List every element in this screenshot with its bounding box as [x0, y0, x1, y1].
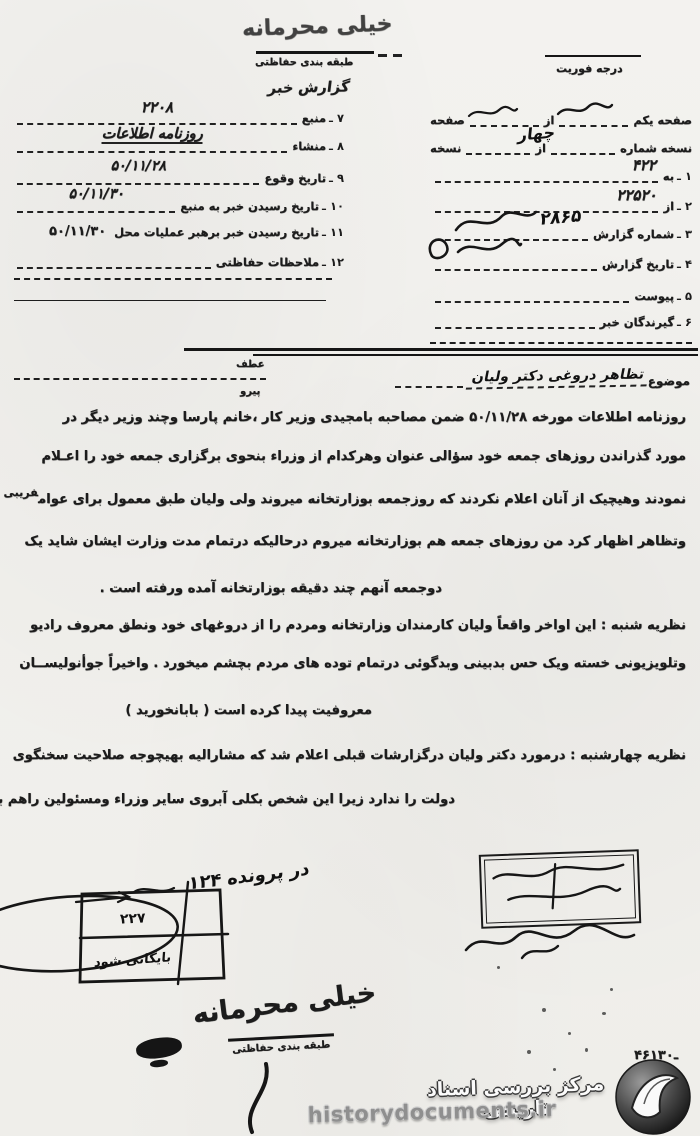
historydocuments-logo [614, 1058, 692, 1136]
subject-line: موضوع تظاهر دروغی دکتر ولیان [390, 368, 690, 388]
copy-number-blank [551, 138, 615, 155]
report-title: گزارش خبر [267, 79, 350, 96]
opinion-saturday-line: معروفیت پیدا کرده است ( بابانخورید ) [125, 703, 372, 718]
copy-label: نسخه شماره [620, 141, 692, 155]
decorative-dashes [378, 54, 402, 57]
occurrence-date-value: ۵۰/۱۱/۲۸ [111, 158, 166, 174]
handwritten-box-number: ۲۲۷ [120, 910, 146, 927]
ink-speck [542, 1008, 546, 1012]
form-row-source: ۷ ـ منبع ۲۲۰۸ [12, 108, 344, 125]
row-label: به [663, 169, 674, 183]
row-label: ملاحظات حفاظتی [216, 255, 319, 269]
followup-label: پیرو [240, 386, 260, 397]
ink-speck [553, 1068, 556, 1071]
watermark-site-url: historydocuments.ir [242, 1095, 622, 1129]
handwritten-scrawl [462, 922, 642, 966]
scanned-intelligence-report: خیلی محرمانه طبقه بندی حفاظتی گزارش خبر … [0, 0, 700, 1136]
of-label: از [535, 141, 546, 155]
row-number: ۶ ـ [674, 315, 692, 329]
form-row-to: ۱ ـ به ۴۲۲ [430, 166, 692, 183]
ink-blob [150, 1059, 169, 1068]
blank-dashed-line [14, 278, 332, 280]
form-row-occurrence-date: ۹ ـ تاریخ وقوع ۵۰/۱۱/۲۸ [12, 168, 344, 185]
handwritten-copy-count: چهار [517, 123, 556, 145]
subject-label: موضوع [648, 374, 690, 388]
row-number: ۳ ـ [674, 227, 692, 241]
form-row-security-notes: ۱۲ ـ ملاحظات حفاظتی [12, 252, 344, 269]
stamp-text-scrawl [485, 855, 635, 918]
ink-speck [497, 966, 500, 969]
confidential-stamp-top: خیلی محرمانه [242, 11, 393, 41]
subject-text: تظاهر دروغی دکتر ولیان [466, 366, 650, 389]
row-number: ۱۱ ـ [319, 225, 344, 239]
blank-line [14, 300, 326, 301]
row-number: ۱۲ ـ [319, 255, 344, 269]
form-row-date-reached-ops: ۱۱ ـ تاریخ رسیدن خبر برهبر عملیات محل ۵۰… [12, 224, 344, 239]
row-number: ۸ ـ [326, 139, 344, 153]
handwritten-scrawl [466, 104, 520, 122]
row-label: شماره گزارش [593, 227, 674, 241]
body-line: دوجمعه آنهم چند دقیقه بوزارتخانه آمده ور… [100, 581, 442, 596]
copies-label: نسخه [430, 141, 461, 155]
form-row-recipients: ۶ ـ گیرندگان خبر [430, 312, 692, 329]
row-number: ۵ ـ [674, 289, 692, 303]
row-number: ۲ ـ [674, 199, 692, 213]
row-number: ۱ ـ [674, 169, 692, 183]
row-fill [435, 312, 595, 329]
classification-label-bottom: طبقه بندی حفاظتی [232, 1039, 331, 1055]
row-number: ۷ ـ [326, 111, 344, 125]
blank-dashed-line [430, 342, 692, 344]
row-label: منبع [302, 111, 326, 125]
ink-speck [602, 1012, 606, 1015]
ink-blob [135, 1035, 183, 1061]
row-fill [17, 252, 211, 269]
urgency-label: درجه فوریت [556, 62, 623, 75]
row-label: پیوست [634, 289, 674, 303]
body-line-text: نمودند وهیچیک از آنان اعلام نکردند که رو… [38, 492, 686, 507]
reached-ops-date-value: ۵۰/۱۱/۳۰ [49, 224, 114, 239]
opinion-saturday-line: نظریه شنبه : این اواخر واقعاً ولیان کارم… [30, 618, 686, 633]
row-label: منشاء [292, 139, 326, 153]
reached-source-date-value: ۵۰/۱۱/۳۰ [68, 186, 123, 202]
ink-speck [527, 1050, 531, 1054]
row-label: گیرندگان خبر [600, 315, 674, 329]
handwritten-scrawl [556, 100, 614, 120]
body-line-raised-word: فریبی [4, 486, 39, 499]
copy-number-line: نسخه شماره از نسخه [430, 138, 692, 155]
row-number: ۴ ـ [674, 257, 692, 271]
row-fill: ۵۰/۱۱/۲۸ [17, 168, 259, 185]
page-label: صفحه یکم [633, 113, 692, 127]
classification-label-top: طبقه بندی حفاظتی [255, 57, 353, 68]
hand-drawn-filing-box [70, 882, 250, 994]
row-label: تاریخ رسیدن خبر به منبع [180, 199, 319, 213]
opinion-wednesday-line: نظریه چهارشنبه : درمورد دکتر ولیان درگزا… [13, 748, 686, 763]
form-row-attachment: ۵ ـ پیوست [430, 286, 692, 303]
to-value: ۴۲۲ [632, 156, 656, 174]
handwritten-report-number: ۲۸۶۵ [539, 206, 583, 230]
source-value: ۲۲۰۸ [141, 98, 173, 116]
opinion-saturday-line: وتلویزیونی خسته ویک حس بدبینی وبدگوئی در… [19, 656, 686, 671]
row-label: تاریخ رسیدن خبر برهبر عملیات محل [114, 225, 319, 239]
urgency-underline [545, 55, 641, 57]
row-fill: ۲۲۰۸ [17, 108, 297, 125]
row-fill: ۵۰/۱۱/۳۰ [17, 196, 175, 213]
row-number: ۹ ـ [326, 171, 344, 185]
handwritten-date-scrawl [424, 232, 524, 272]
stamp-underline-top [256, 51, 374, 54]
form-row-date-reached-source: ۱۰ ـ تاریخ رسیدن خبر به منبع ۵۰/۱۱/۳۰ [12, 196, 344, 213]
body-line: نمودند وهیچیک از آنان اعلام نکردند که رو… [4, 492, 687, 507]
row-label: تاریخ گزارش [602, 257, 674, 271]
archive-stamp-box [479, 849, 641, 929]
ink-speck [610, 988, 613, 991]
reference-label: عطف [236, 359, 264, 370]
subject-fill [395, 371, 463, 388]
origin-value: روزنامه اطلاعات [102, 126, 203, 144]
form-row-origin: ۸ ـ منشاء روزنامه اطلاعات [12, 136, 344, 153]
row-number: ۱۰ ـ [319, 199, 344, 213]
row-fill: ۴۲۲ [435, 166, 658, 183]
ink-speck [568, 1032, 571, 1035]
body-line: مورد گذراندن روزهای جمعه خود سؤالی عنوان… [41, 449, 686, 464]
row-fill: روزنامه اطلاعات [17, 136, 287, 153]
row-label: از [663, 199, 674, 213]
pages-label: صفحه [430, 113, 465, 127]
body-line: وتظاهر اظهار کرد من روزهای جمعه هم بوزار… [24, 534, 686, 549]
section-divider-thick [184, 348, 698, 351]
ink-speck [585, 1048, 588, 1052]
row-label: تاریخ وقوع [264, 171, 326, 185]
reference-blank-line [14, 378, 266, 380]
from-value: ۲۲۵۲۰ [616, 186, 656, 204]
row-fill [435, 286, 629, 303]
body-line: روزنامه اطلاعات مورخه ۵۰/۱۱/۲۸ ضمن مصاحب… [63, 410, 686, 425]
section-divider-thin [253, 354, 698, 356]
opinion-wednesday-line: دولت را ندارد زیرا این شخص بکلی آبروی سا… [0, 792, 455, 807]
